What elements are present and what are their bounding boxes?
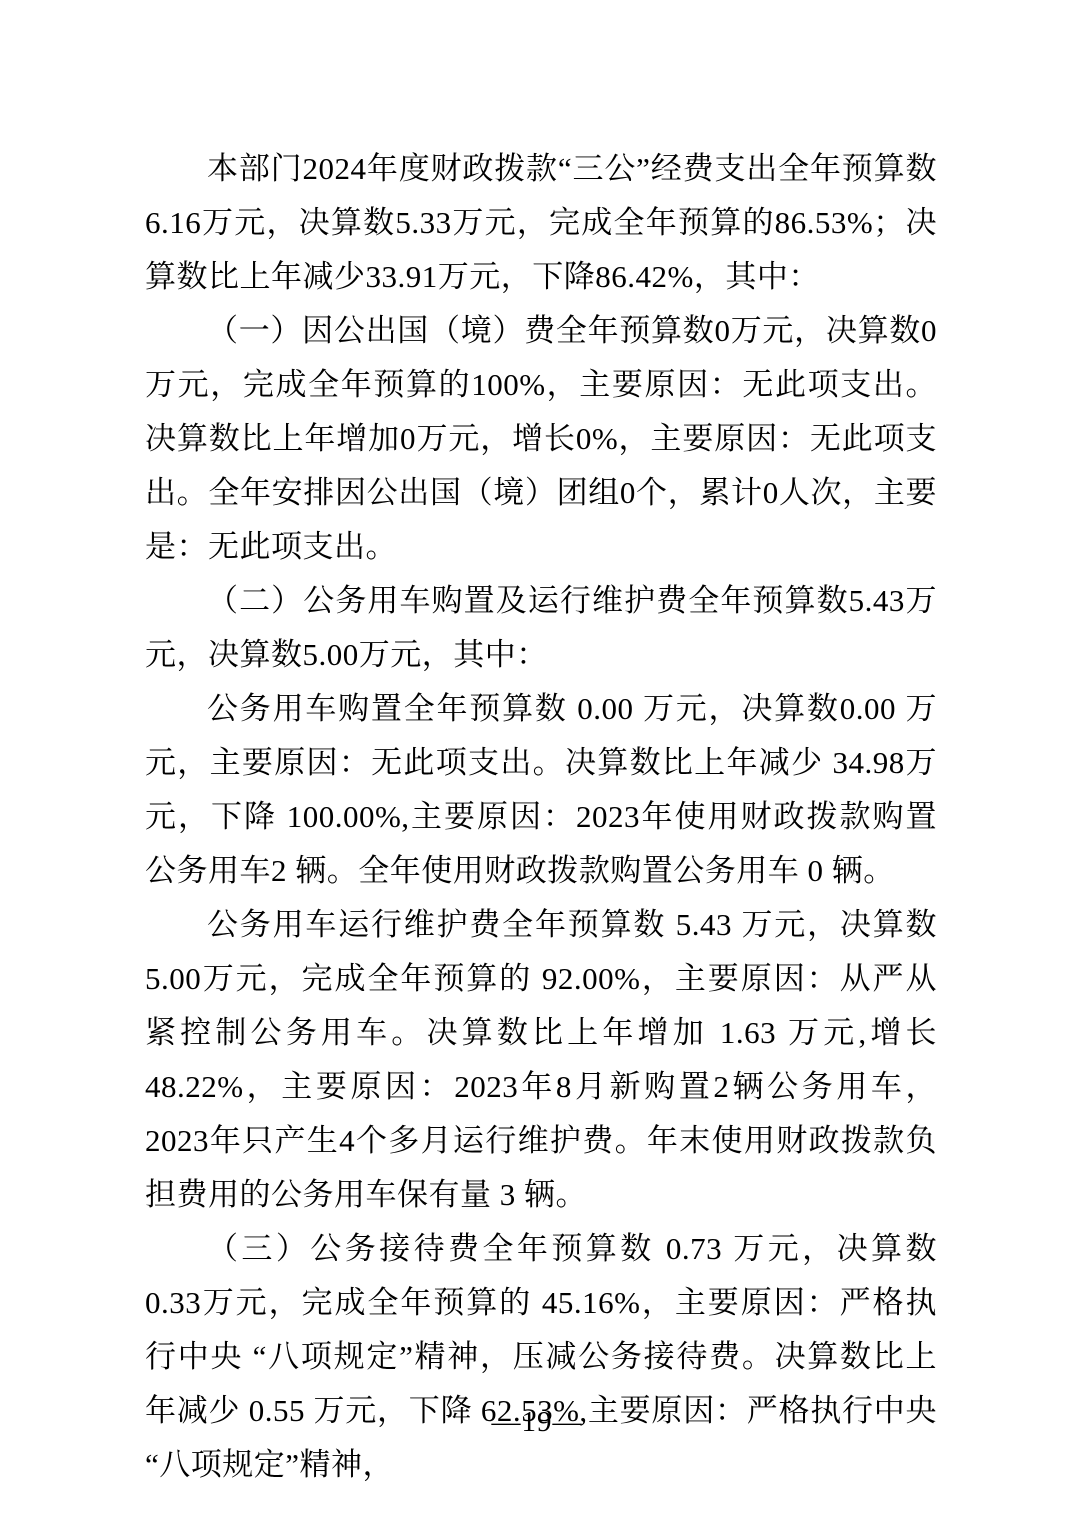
body-paragraph-section-1: （一）因公出国（境）费全年预算数0万元，决算数0万元，完成全年预算的100%，主…	[145, 304, 937, 574]
body-paragraph-vehicle-purchase: 公务用车购置全年预算数 0.00 万元，决算数0.00 万元，主要原因：无此项支…	[145, 682, 937, 898]
document-page: 本部门2024年度财政拨款“三公”经费支出全年预算数6.16万元，决算数5.33…	[0, 0, 1074, 1520]
document-body: 本部门2024年度财政拨款“三公”经费支出全年预算数6.16万元，决算数5.33…	[145, 142, 937, 1492]
body-paragraph-section-3: （三）公务接待费全年预算数 0.73 万元，决算数 0.33万元，完成全年预算的…	[145, 1222, 937, 1492]
body-paragraph-section-2: （二）公务用车购置及运行维护费全年预算数5.43万元，决算数5.00万元，其中：	[145, 574, 937, 682]
body-paragraph-intro: 本部门2024年度财政拨款“三公”经费支出全年预算数6.16万元，决算数5.33…	[145, 142, 937, 304]
body-paragraph-vehicle-maintenance: 公务用车运行维护费全年预算数 5.43 万元，决算数5.00万元，完成全年预算的…	[145, 898, 937, 1222]
page-number: —19—	[0, 1402, 1074, 1442]
